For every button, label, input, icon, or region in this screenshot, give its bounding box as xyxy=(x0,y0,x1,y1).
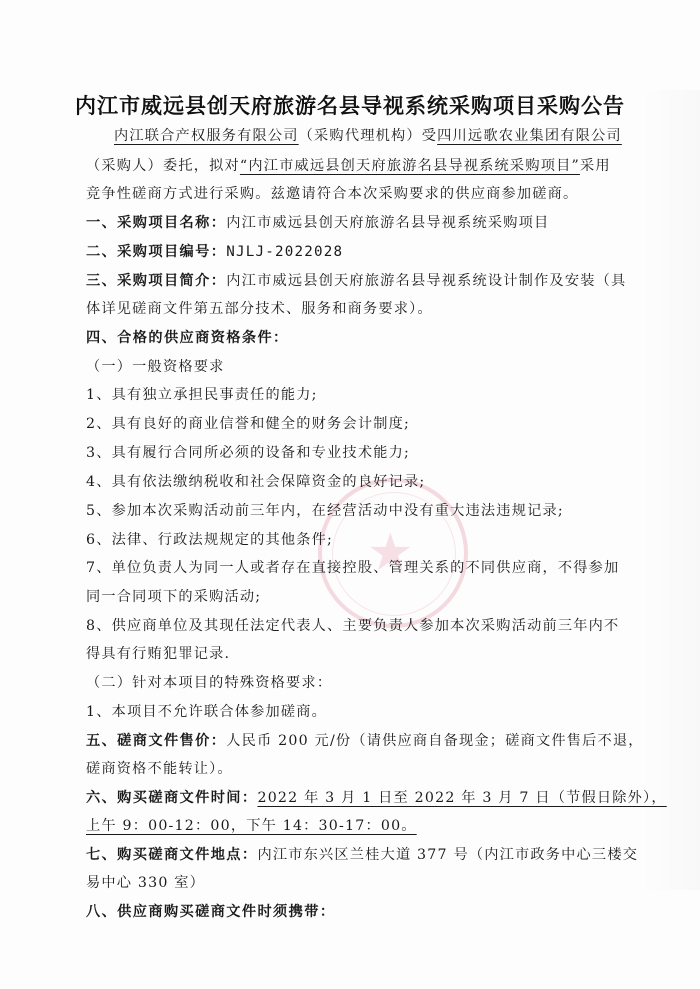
section-6-value-line-1: 2022 年 3 月 1 日至 2022 年 3 月 7 日（节假日除外）， xyxy=(257,790,666,806)
general-requirement-7-line-2: 同一合同项下的采购活动; xyxy=(86,587,626,607)
section-1: 一、采购项目名称：内江市威远县创天府旅游名县导视系统采购项目 xyxy=(86,213,626,233)
section-3-value-line-1: 内江市威远县创天府旅游名县导视系统设计制作及安装（具 xyxy=(226,273,626,289)
general-requirement-6: 6、法律、行政法规规定的其他条件; xyxy=(86,530,626,550)
general-requirement-2: 2、具有良好的商业信誉和健全的财务会计制度; xyxy=(86,414,626,434)
section-3-value-line-2: 体详见磋商文件第五部分技术、服务和商务要求）。 xyxy=(86,299,626,319)
section-7-value-line-1: 内江市东兴区兰桂大道 377 号（内江市政务中心三楼交 xyxy=(257,847,638,863)
general-requirement-3: 3、具有履行合同所必须的设备和专业技术能力; xyxy=(86,443,626,463)
section-4-label: 四、合格的供应商资格条件： xyxy=(86,328,626,348)
section-2-value: NJLJ-2022028 xyxy=(226,244,343,260)
section-7: 七、购买磋商文件地点：内江市东兴区兰桂大道 377 号（内江市政务中心三楼交 xyxy=(86,845,626,865)
general-requirement-5: 5、参加本次采购活动前三年内，在经营活动中没有重大违法违规记录; xyxy=(86,501,626,521)
section-2: 二、采购项目编号：NJLJ-2022028 xyxy=(86,242,626,262)
general-requirement-8-line-2: 得具有行贿犯罪记录. xyxy=(86,644,626,664)
section-5-label: 五、磋商文件售价： xyxy=(86,733,226,749)
section-6-label: 六、购买磋商文件时间： xyxy=(86,790,257,806)
section-7-value-line-2: 易中心 330 室） xyxy=(86,873,626,893)
project-name-quoted: “内江市威远县创天府旅游名县导视系统采购项目” xyxy=(240,158,580,174)
section-2-label: 二、采购项目编号： xyxy=(86,244,226,260)
section-6-line-2: 上午 9：00-12：00，下午 14：30-17：00。 xyxy=(86,816,626,836)
section-8-label: 八、供应商购买磋商文件时须携带： xyxy=(86,902,626,922)
section-1-value: 内江市威远县创天府旅游名县导视系统采购项目 xyxy=(226,215,549,231)
section-3-label: 三、采购项目简介： xyxy=(86,273,226,289)
intro-line-2: （采购人）委托，拟对“内江市威远县创天府旅游名县导视系统采购项目”采用 xyxy=(86,156,626,176)
general-requirement-8-line-1: 8、供应商单位及其现任法定代表人、主要负责人参加本次采购活动前三年内不 xyxy=(86,616,626,636)
general-requirements-title: （一）一般资格要求 xyxy=(86,357,626,377)
section-5-value-line-1: 人民币 200 元/份（请供应商自备现金；磋商文件售后不退， xyxy=(226,733,643,749)
section-5: 五、磋商文件售价：人民币 200 元/份（请供应商自备现金；磋商文件售后不退， xyxy=(86,731,626,751)
general-requirement-4: 4、具有依法缴纳税收和社会保障资金的良好记录; xyxy=(86,472,626,492)
section-7-label: 七、购买磋商文件地点： xyxy=(86,847,257,863)
general-requirement-1: 1、具有独立承担民事责任的能力; xyxy=(86,385,626,405)
document-title: 内江市威远县创天府旅游名县导视系统采购项目采购公告 xyxy=(0,90,700,120)
purchaser-name: 四川远歌农业集团有限公司 xyxy=(437,128,622,144)
special-requirements-title: （二）针对本项目的特殊资格要求： xyxy=(86,673,626,693)
general-requirement-7-line-1: 7、单位负责人为同一人或者存在直接控股、管理关系的不同供应商，不得参加 xyxy=(86,558,626,578)
agency-role: （采购代理机构）受 xyxy=(299,128,438,144)
section-3: 三、采购项目简介：内江市威远县创天府旅游名县导视系统设计制作及安装（具 xyxy=(86,271,626,291)
section-1-label: 一、采购项目名称： xyxy=(86,215,226,231)
intro-line-3: 竞争性磋商方式进行采购。兹邀请符合本次采购要求的供应商参加磋商。 xyxy=(86,184,626,204)
method-prefix: 采用 xyxy=(580,158,611,174)
section-6-value-line-2: 上午 9：00-12：00，下午 14：30-17：00。 xyxy=(86,818,417,834)
section-6: 六、购买磋商文件时间：2022 年 3 月 1 日至 2022 年 3 月 7 … xyxy=(86,788,626,808)
purchaser-role: （采购人）委托，拟对 xyxy=(86,158,240,174)
intro-line-1: 内江联合产权服务有限公司（采购代理机构）受四川远歌农业集团有限公司 xyxy=(114,126,654,146)
section-5-value-line-2: 磋商资格不能转让）。 xyxy=(86,759,626,779)
special-requirement-1: 1、本项目不允许联合体参加磋商。 xyxy=(86,702,626,722)
document-page: ★ 内江市威远县创天府旅游名县导视系统采购项目采购公告 内江联合产权服务有限公司… xyxy=(0,0,700,989)
scan-edge-shadow xyxy=(640,90,700,890)
agency-name: 内江联合产权服务有限公司 xyxy=(114,128,299,144)
